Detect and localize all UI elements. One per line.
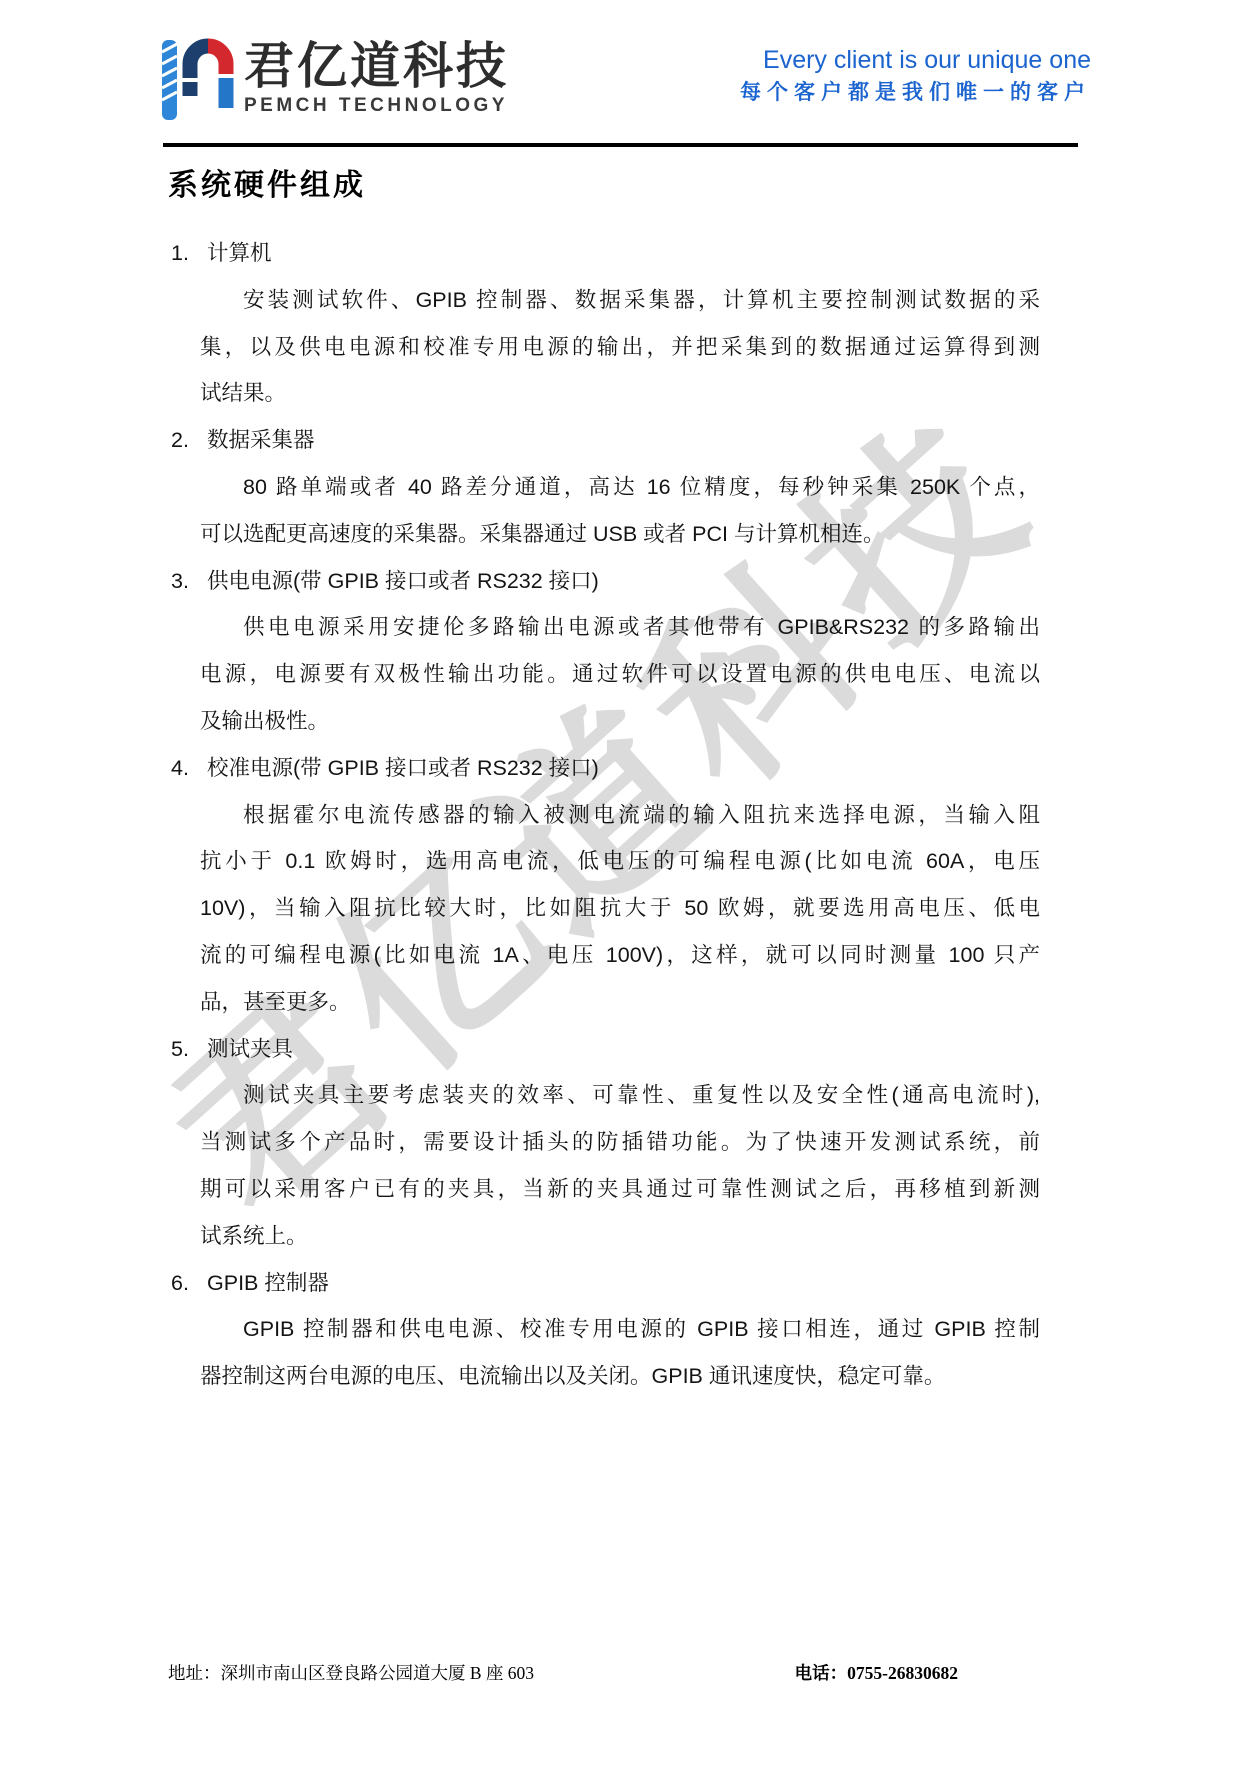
paragraph-line: 试系统上。 (200, 1213, 1040, 1260)
paragraph-line: 安装测试软件、GPIB 控制器、数据采集器，计算机主要控制测试数据的采 (200, 277, 1040, 324)
item-heading: 校准电源(带 GPIB 接口或者 RS232 接口) (207, 745, 599, 792)
item-heading: 数据采集器 (207, 417, 315, 464)
item-number: 2. (168, 417, 207, 464)
logo-mark-icon (160, 38, 238, 122)
footer-phone: 电话：0755-26830682 (795, 1660, 958, 1685)
item-number: 6. (168, 1260, 207, 1307)
paragraph-line: 试结果。 (200, 370, 1040, 417)
list-item: 6.GPIB 控制器GPIB 控制器和供电电源、校准专用电源的 GPIB 接口相… (168, 1260, 1042, 1400)
page-footer: 地址：深圳市南山区登良路公园道大厦 B 座 603 电话：0755-268306… (168, 1660, 958, 1685)
hardware-item-list: 1.计算机安装测试软件、GPIB 控制器、数据采集器，计算机主要控制测试数据的采… (168, 230, 1042, 1400)
item-number: 4. (168, 745, 207, 792)
item-heading: 计算机 (207, 230, 272, 277)
company-slogan: Every client is our unique one 每个客户都是我们唯… (740, 38, 1091, 110)
document-page: 君亿道科技 君亿道科技 PEMCH TECHNOLOGY Every clien… (0, 0, 1241, 1778)
paragraph-line: 期可以采用客户已有的夹具，当新的夹具通过可靠性测试之后，再移植到新测 (200, 1166, 1040, 1213)
item-heading: 测试夹具 (207, 1026, 293, 1073)
item-number: 5. (168, 1026, 207, 1073)
paragraph-line: 可以选配更高速度的采集器。采集器通过 USB 或者 PCI 与计算机相连。 (200, 511, 1040, 558)
paragraph-line: 当测试多个产品时，需要设计插头的防插错功能。为了快速开发测试系统，前 (200, 1119, 1040, 1166)
paragraph-line: 电源，电源要有双极性输出功能。通过软件可以设置电源的供电电压、电流以 (200, 651, 1040, 698)
header-divider (163, 143, 1078, 147)
company-logo: 君亿道科技 PEMCH TECHNOLOGY (160, 38, 509, 122)
brand-name-en: PEMCH TECHNOLOGY (244, 94, 509, 118)
page-title: 系统硬件组成 (168, 160, 366, 204)
item-paragraph: 供电电源采用安捷伦多路输出电源或者其他带有 GPIB&RS232 的多路输出电源… (200, 604, 1040, 744)
slogan-english: Every client is our unique one (740, 44, 1091, 76)
list-item: 1.计算机安装测试软件、GPIB 控制器、数据采集器，计算机主要控制测试数据的采… (168, 230, 1042, 417)
footer-address: 地址：深圳市南山区登良路公园道大厦 B 座 603 (168, 1660, 534, 1685)
item-number: 3. (168, 558, 207, 605)
slogan-chinese: 每个客户都是我们唯一的客户 (740, 76, 1091, 110)
item-heading-row: 2.数据采集器 (168, 417, 1042, 464)
brand-name-cn: 君亿道科技 (244, 38, 509, 94)
list-item: 4.校准电源(带 GPIB 接口或者 RS232 接口)根据霍尔电流传感器的输入… (168, 745, 1042, 1026)
list-item: 5.测试夹具测试夹具主要考虑装夹的效率、可靠性、重复性以及安全性(通高电流时),… (168, 1026, 1042, 1260)
paragraph-line: GPIB 控制器和供电电源、校准专用电源的 GPIB 接口相连，通过 GPIB … (200, 1306, 1040, 1353)
item-paragraph: 根据霍尔电流传感器的输入被测电流端的输入阻抗来选择电源，当输入阻抗小于 0.1 … (200, 792, 1040, 1026)
item-heading-row: 6.GPIB 控制器 (168, 1260, 1042, 1307)
paragraph-line: 及输出极性。 (200, 698, 1040, 745)
paragraph-line: 品，甚至更多。 (200, 979, 1040, 1026)
item-number: 1. (168, 230, 207, 277)
paragraph-line: 流的可编程电源(比如电流 1A、电压 100V)，这样，就可以同时测量 100 … (200, 932, 1040, 979)
paragraph-line: 器控制这两台电源的电压、电流输出以及关闭。GPIB 通讯速度快，稳定可靠。 (200, 1353, 1040, 1400)
paragraph-line: 供电电源采用安捷伦多路输出电源或者其他带有 GPIB&RS232 的多路输出 (200, 604, 1040, 651)
item-heading-row: 3.供电电源(带 GPIB 接口或者 RS232 接口) (168, 558, 1042, 605)
item-heading-row: 1.计算机 (168, 230, 1042, 277)
paragraph-line: 根据霍尔电流传感器的输入被测电流端的输入阻抗来选择电源，当输入阻 (200, 792, 1040, 839)
list-item: 2.数据采集器80 路单端或者 40 路差分通道，高达 16 位精度，每秒钟采集… (168, 417, 1042, 557)
page-header: 君亿道科技 PEMCH TECHNOLOGY Every client is o… (160, 38, 1091, 122)
paragraph-line: 80 路单端或者 40 路差分通道，高达 16 位精度，每秒钟采集 250K 个… (200, 464, 1040, 511)
item-paragraph: 80 路单端或者 40 路差分通道，高达 16 位精度，每秒钟采集 250K 个… (200, 464, 1040, 558)
item-paragraph: GPIB 控制器和供电电源、校准专用电源的 GPIB 接口相连，通过 GPIB … (200, 1306, 1040, 1400)
item-heading: GPIB 控制器 (207, 1260, 329, 1307)
item-paragraph: 测试夹具主要考虑装夹的效率、可靠性、重复性以及安全性(通高电流时),当测试多个产… (200, 1072, 1040, 1259)
item-heading-row: 5.测试夹具 (168, 1026, 1042, 1073)
item-heading: 供电电源(带 GPIB 接口或者 RS232 接口) (207, 558, 599, 605)
item-paragraph: 安装测试软件、GPIB 控制器、数据采集器，计算机主要控制测试数据的采集，以及供… (200, 277, 1040, 417)
paragraph-line: 测试夹具主要考虑装夹的效率、可靠性、重复性以及安全性(通高电流时), (200, 1072, 1040, 1119)
list-item: 3.供电电源(带 GPIB 接口或者 RS232 接口)供电电源采用安捷伦多路输… (168, 558, 1042, 745)
paragraph-line: 10V)，当输入阻抗比较大时，比如阻抗大于 50 欧姆，就要选用高电压、低电 (200, 885, 1040, 932)
paragraph-line: 抗小于 0.1 欧姆时，选用高电流，低电压的可编程电源(比如电流 60A，电压 (200, 838, 1040, 885)
item-heading-row: 4.校准电源(带 GPIB 接口或者 RS232 接口) (168, 745, 1042, 792)
logo-text: 君亿道科技 PEMCH TECHNOLOGY (244, 38, 509, 118)
paragraph-line: 集，以及供电电源和校准专用电源的输出，并把采集到的数据通过运算得到测 (200, 324, 1040, 371)
